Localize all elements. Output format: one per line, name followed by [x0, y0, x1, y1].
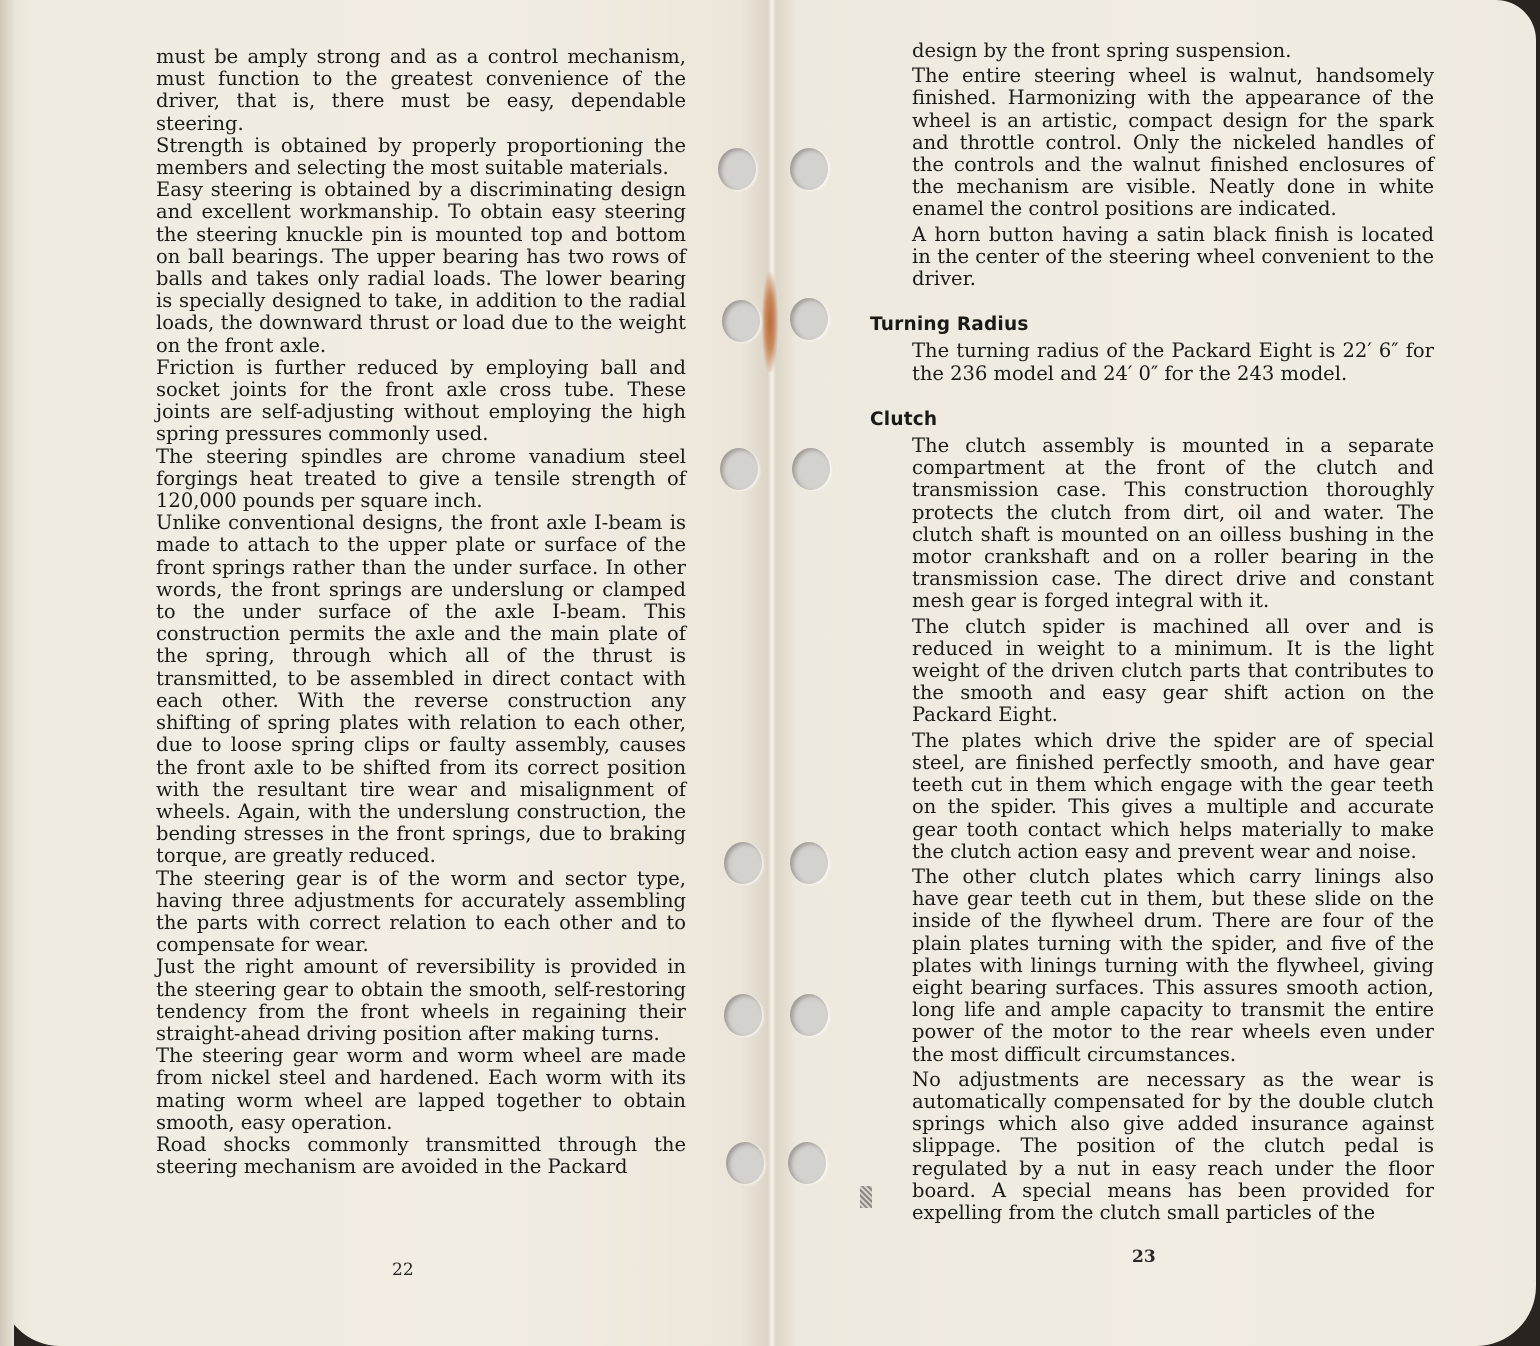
- paragraph: The turning radius of the Packard Eight …: [912, 340, 1434, 384]
- binding-gutter: [768, 0, 776, 1346]
- paragraph: The clutch assembly is mounted in a sepa…: [912, 435, 1434, 613]
- punch-hole: [722, 300, 760, 342]
- section-heading-clutch: Clutch: [870, 409, 1434, 431]
- paragraph: No adjustments are necessary as the wear…: [912, 1069, 1434, 1224]
- right-page: design by the front spring suspension. T…: [772, 0, 1536, 1346]
- paragraph: Unlike conventional designs, the front a…: [156, 512, 686, 867]
- booklet-spread: must be amply strong and as a control me…: [0, 0, 1540, 1346]
- paragraph: Just the right amount of reversibility i…: [156, 956, 686, 1045]
- rust-stain: [762, 272, 778, 372]
- punch-hole: [720, 448, 758, 490]
- paragraph: The steering spindles are chrome vanadiu…: [156, 446, 686, 513]
- paragraph: A horn button having a satin black finis…: [912, 224, 1434, 291]
- left-page-body: must be amply strong and as a control me…: [156, 46, 686, 1178]
- paragraph: The other clutch plates which carry lini…: [912, 866, 1434, 1066]
- punch-hole: [724, 994, 762, 1036]
- punch-hole: [790, 994, 828, 1036]
- punch-hole: [790, 298, 828, 340]
- paragraph: The steering gear worm and worm wheel ar…: [156, 1045, 686, 1134]
- paragraph: The clutch spider is machined all over a…: [912, 616, 1434, 727]
- punch-hole: [724, 842, 762, 884]
- punch-hole: [788, 1142, 826, 1184]
- punch-hole: [790, 148, 828, 190]
- page-stack-edge: [0, 0, 14, 1346]
- punch-hole: [790, 842, 828, 884]
- paragraph: design by the front spring suspension.: [912, 40, 1434, 62]
- paragraph: The plates which drive the spider are of…: [912, 730, 1434, 863]
- right-page-body: design by the front spring suspension. T…: [870, 40, 1434, 1224]
- paragraph: must be amply strong and as a control me…: [156, 46, 686, 135]
- page-number: 23: [1132, 1247, 1156, 1267]
- punch-hole: [726, 1142, 764, 1184]
- paragraph: The steering gear is of the worm and sec…: [156, 868, 686, 957]
- punch-hole: [718, 148, 756, 190]
- paragraph: The entire steering wheel is walnut, han…: [912, 65, 1434, 220]
- paragraph: Friction is further reduced by employing…: [156, 357, 686, 446]
- paragraph: Easy steering is obtained by a discrimin…: [156, 179, 686, 357]
- paragraph: Road shocks commonly transmitted through…: [156, 1134, 686, 1178]
- page-number: 22: [392, 1260, 414, 1280]
- left-page: must be amply strong and as a control me…: [0, 0, 772, 1346]
- print-blemish: [860, 1186, 872, 1208]
- section-heading-turning-radius: Turning Radius: [870, 314, 1434, 336]
- punch-hole: [792, 448, 830, 490]
- paragraph: Strength is obtained by properly proport…: [156, 135, 686, 179]
